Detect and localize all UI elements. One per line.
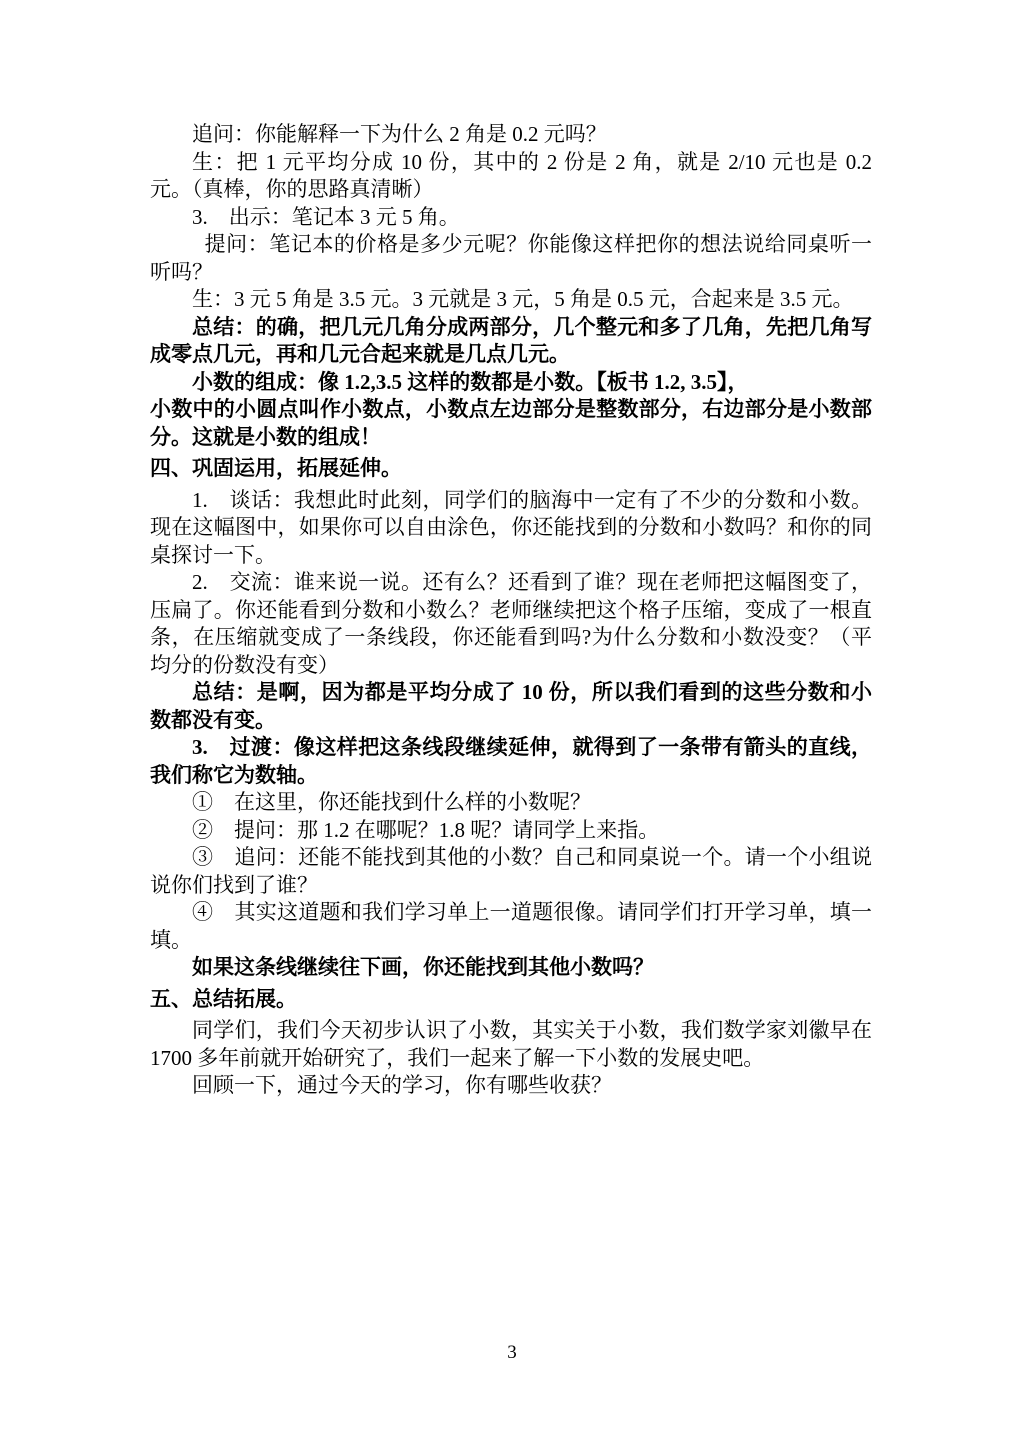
section-heading: 五、总结拓展。: [150, 986, 872, 1014]
paragraph: 回顾一下，通过今天的学习，你有哪些收获？: [150, 1072, 872, 1100]
paragraph: 3. 过渡：像这样把这条线段继续延伸，就得到了一条带有箭头的直线，我们称它为数轴…: [150, 734, 872, 789]
paragraph: ④ 其实这道题和我们学习单上一道题很像。请同学们打开学习单，填一填。: [150, 899, 872, 954]
paragraph: 追问：你能解释一下为什么 2 角是 0.2 元吗？: [150, 121, 872, 149]
paragraph: 1. 谈话：我想此时此刻，同学们的脑海中一定有了不少的分数和小数。现在这幅图中，…: [150, 487, 872, 570]
paragraph: ② 提问：那 1.2 在哪呢？1.8 呢？请同学上来指。: [150, 817, 872, 845]
document-page: 追问：你能解释一下为什么 2 角是 0.2 元吗？生：把 1 元平均分成 10 …: [0, 0, 1024, 1448]
document-body: 追问：你能解释一下为什么 2 角是 0.2 元吗？生：把 1 元平均分成 10 …: [150, 121, 872, 1100]
page-number: 3: [0, 1342, 1024, 1364]
paragraph: 2. 交流：谁来说一说。还有么？还看到了谁？现在老师把这幅图变了，压扁了。你还能…: [150, 569, 872, 679]
paragraph: 生：3 元 5 角是 3.5 元。3 元就是 3 元，5 角是 0.5 元，合起…: [150, 286, 872, 314]
paragraph: 小数中的小圆点叫作小数点，小数点左边部分是整数部分，右边部分是小数部分。这就是小…: [150, 396, 872, 451]
paragraph: 同学们，我们今天初步认识了小数，其实关于小数，我们数学家刘徽早在 1700 多年…: [150, 1017, 872, 1072]
paragraph: 3. 出示：笔记本 3 元 5 角。: [150, 204, 872, 232]
paragraph: ① 在这里，你还能找到什么样的小数呢？: [150, 789, 872, 817]
paragraph: 生：把 1 元平均分成 10 份，其中的 2 份是 2 角，就是 2/10 元也…: [150, 149, 872, 204]
paragraph: ③ 追问：还能不能找到其他的小数？自己和同桌说一个。请一个小组说说你们找到了谁？: [150, 844, 872, 899]
paragraph: 小数的组成：像 1.2,3.5 这样的数都是小数。【板书 1.2, 3.5】，: [150, 369, 872, 397]
paragraph: 提问：笔记本的价格是多少元呢？你能像这样把你的想法说给同桌听一听吗？: [150, 231, 872, 286]
paragraph: 如果这条线继续往下画，你还能找到其他小数吗？: [150, 954, 872, 982]
paragraph: 总结：的确，把几元几角分成两部分，几个整元和多了几角，先把几角写成零点几元，再和…: [150, 314, 872, 369]
paragraph: 总结：是啊，因为都是平均分成了 10 份，所以我们看到的这些分数和小数都没有变。: [150, 679, 872, 734]
section-heading: 四、巩固运用，拓展延伸。: [150, 455, 872, 483]
